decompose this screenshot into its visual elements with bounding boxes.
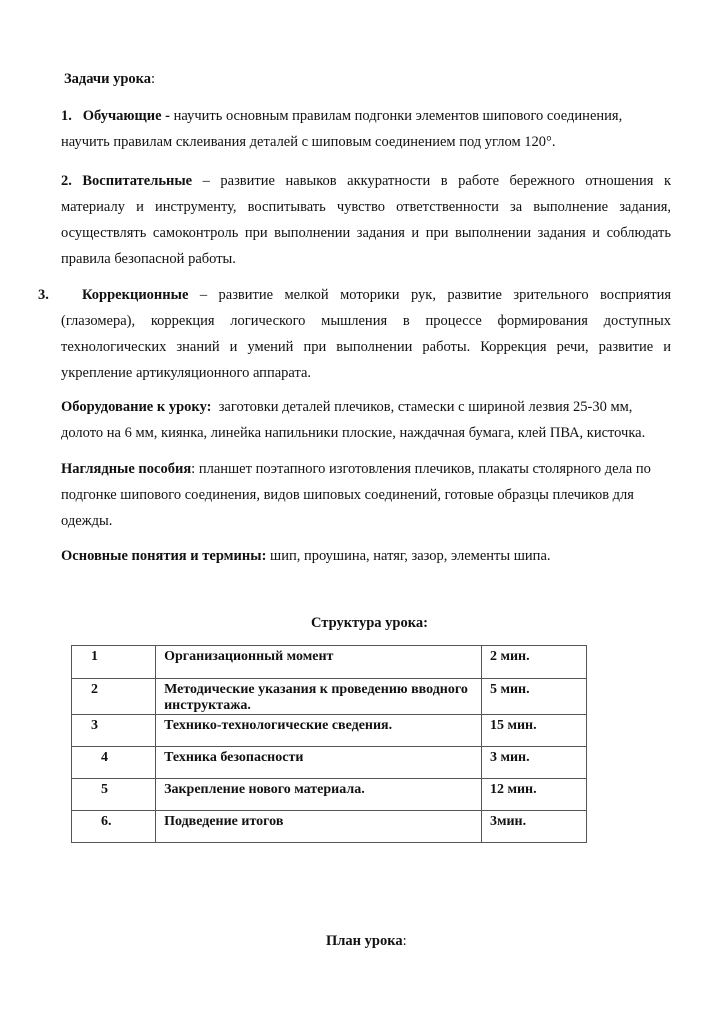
plan-title-text: План урока [326,933,403,949]
task-1-line-1: 1. Обучающие - научить основным правилам… [61,107,622,125]
row-stage: Закрепление нового материала. [156,779,482,811]
task-3-line-4: укрепление артикуляционного аппарата. [61,364,311,382]
row-stage: Техника безопасности [156,747,482,779]
table-row: 3 Технико-технологические сведения. 15 м… [72,715,587,747]
structure-title: Структура урока: [311,614,428,632]
equipment-line-1: Оборудование к уроку: заготовки деталей … [61,398,632,416]
equipment-text-1: заготовки деталей плечиков, стамески с ш… [219,399,633,415]
row-number: 4 [72,747,156,779]
row-duration: 3 мин. [481,747,586,779]
row-number: 1 [72,646,156,679]
row-number: 5 [72,779,156,811]
task-1-number: 1. [61,108,72,124]
row-number: 6. [72,811,156,843]
structure-table: 1 Организационный момент 2 мин. 2 Методи… [71,645,587,843]
plan-title: План урока: [326,932,407,950]
tasks-heading-text: Задачи урока [64,71,151,87]
visual-aids-line-2: подгонке шипового соединения, видов шипо… [61,486,634,504]
task-2-line-1: 2. Воспитательные – развитие навыков акк… [61,172,671,190]
task-3-line-2: (глазомера), коррекция логического мышле… [61,312,671,330]
task-1-title: Обучающие - [83,108,170,124]
task-3-line-3: технологических знаний и умений при выпо… [61,338,671,356]
terms-label: Основные понятия и термины: [61,548,266,564]
task-3-text: – развитие мелкой моторики рук, развитие… [200,287,671,303]
equipment-line-2: долото на 6 мм, киянка, линейка напильни… [61,424,645,442]
visual-aids-line-1: Наглядные пособия: планшет поэтапного из… [61,460,651,478]
visual-aids-line-3: одежды. [61,512,112,530]
equipment-label: Оборудование к уроку: [61,399,211,415]
row-duration: 2 мин. [481,646,586,679]
row-duration: 15 мин. [481,715,586,747]
task-2-title: Воспитательные [82,173,192,189]
task-2-line-2: материалу и инструменту, воспитывать чув… [61,198,671,216]
row-stage: Методические указания к проведению вводн… [156,679,482,715]
table-row: 4 Техника безопасности 3 мин. [72,747,587,779]
task-3-line-1: Коррекционные – развитие мелкой моторики… [82,286,671,304]
row-duration: 5 мин. [481,679,586,715]
row-stage: Технико-технологические сведения. [156,715,482,747]
plan-title-colon: : [403,933,407,949]
table-row: 5 Закрепление нового материала. 12 мин. [72,779,587,811]
table-row: 2 Методические указания к проведению вво… [72,679,587,715]
task-2-line-3: осуществлять самоконтроль при выполнении… [61,224,671,242]
terms-text: шип, проушина, натяг, зазор, элементы ши… [270,548,550,564]
table-row: 1 Организационный момент 2 мин. [72,646,587,679]
tasks-heading: Задачи урока: [64,70,155,88]
visual-aids-label: Наглядные пособия [61,461,191,477]
row-stage: Подведение итогов [156,811,482,843]
task-2-number: 2. [61,173,72,189]
task-2-text: – развитие навыков аккуратности в работе… [203,173,671,189]
terms-line: Основные понятия и термины: шип, проушин… [61,547,551,565]
task-2-line-4: правила безопасной работы. [61,250,236,268]
task-3-number: 3. [38,286,49,304]
row-duration: 3мин. [481,811,586,843]
row-number: 2 [72,679,156,715]
task-3-title: Коррекционные [82,287,188,303]
task-1-line-2: научить правилам склеивания деталей с ши… [61,133,555,151]
row-duration: 12 мин. [481,779,586,811]
tasks-heading-colon: : [151,71,155,87]
visual-aids-text-1: : планшет поэтапного изготовления плечик… [191,461,651,477]
table-row: 6. Подведение итогов 3мин. [72,811,587,843]
row-number: 3 [72,715,156,747]
task-1-text: научить основным правилам подгонки элеме… [174,108,623,124]
row-stage: Организационный момент [156,646,482,679]
